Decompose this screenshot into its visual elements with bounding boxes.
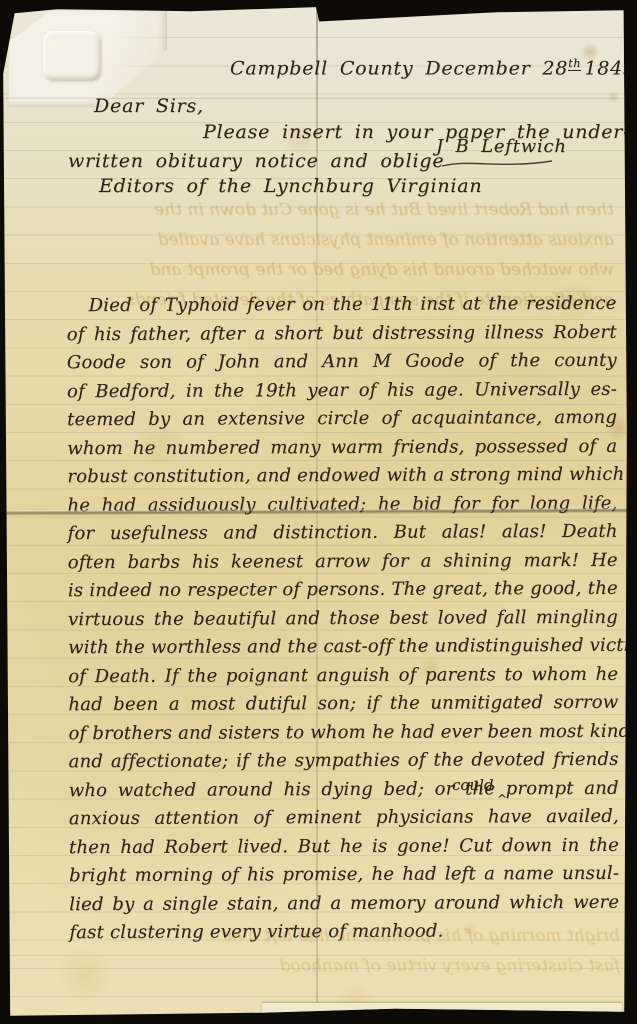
paper-sheet: then had Robert lived But he is gone Cut… [0, 0, 637, 1024]
body-line: of Bedford, in the 19th year of his age.… [67, 375, 617, 406]
body-line: and affectionate; if the sympathies of t… [69, 746, 619, 777]
body-line: of his father, after a short but distres… [67, 318, 617, 349]
signature-text: J B Leftwich [436, 136, 567, 157]
body-line: who watched around his dying bed; or the… [69, 774, 619, 805]
bleedthrough-line: who watched around his dying bed or the … [58, 260, 614, 290]
bleedthrough-line: fast clustering every virtue of manhood [225, 956, 620, 986]
body-line: robust constitution, and endowed with a … [67, 461, 617, 492]
dateline-year: 1845 [584, 57, 636, 79]
body-line: Goode son of John and Ann M Goode of the… [67, 347, 617, 378]
signature: J B Leftwich [436, 136, 567, 157]
body-line: of brothers and sisters to whom he had e… [68, 717, 618, 748]
bleedthrough-line: then had Robert lived But he is gone Cut… [58, 200, 614, 230]
body-line: virtuous the beautiful and those best lo… [68, 603, 618, 634]
dateline-ordinal: th [568, 57, 581, 71]
body-line: anxious attention of eminent physicians … [69, 803, 619, 834]
dateline: Campbell County December 28th1845 [230, 57, 636, 79]
addressee: Editors of the Lynchburg Virginian [99, 175, 482, 197]
salutation: Dear Sirs, [94, 95, 204, 117]
fold-crease-bottom [0, 953, 637, 956]
body-line: teemed by an extensive circle of acquain… [67, 404, 617, 435]
body-line: often barbs his keenest arrow for a shin… [68, 546, 618, 577]
body-line: he had assiduously cultivated; he bid fo… [67, 489, 617, 520]
obituary-body: Died of Typhoid fever on the 11th inst a… [67, 290, 620, 948]
body-line: of Death. If the poignant anguish of par… [68, 660, 618, 691]
body-line: with the worthless and the cast-off the … [68, 632, 618, 663]
body-line: is indeed no respecter of persons. The g… [68, 575, 618, 606]
signature-flourish [438, 156, 558, 170]
bleedthrough-line: anxious attention of eminent physicians … [58, 230, 614, 260]
body-line: Died of Typhoid fever on the 11th inst a… [67, 290, 617, 321]
body-line: bright morning of his promise, he had le… [69, 860, 619, 891]
body-line: whom he numbered many warm friends, poss… [67, 432, 617, 463]
interlinear-insertion: could [452, 776, 494, 794]
request-line-2: written obituary notice and oblige [68, 150, 444, 172]
body-line: had been a most dutiful son; if the unmi… [68, 689, 618, 720]
embossed-seal [43, 31, 101, 81]
dateline-place-date: Campbell County December 28 [230, 57, 568, 79]
insertion-caret: ^ [497, 792, 507, 806]
body-line: lied by a single stain, and a memory aro… [69, 888, 619, 919]
body-line: then had Robert lived. But he is gone! C… [69, 831, 619, 862]
bottom-edge-fold [262, 1003, 622, 1013]
scan-background: { "letter": { "dateline": { "place_date"… [0, 0, 637, 1024]
body-line: fast clustering every virtue of manhood. [69, 917, 619, 948]
body-line: for usefulness and distinction. But alas… [68, 518, 618, 549]
